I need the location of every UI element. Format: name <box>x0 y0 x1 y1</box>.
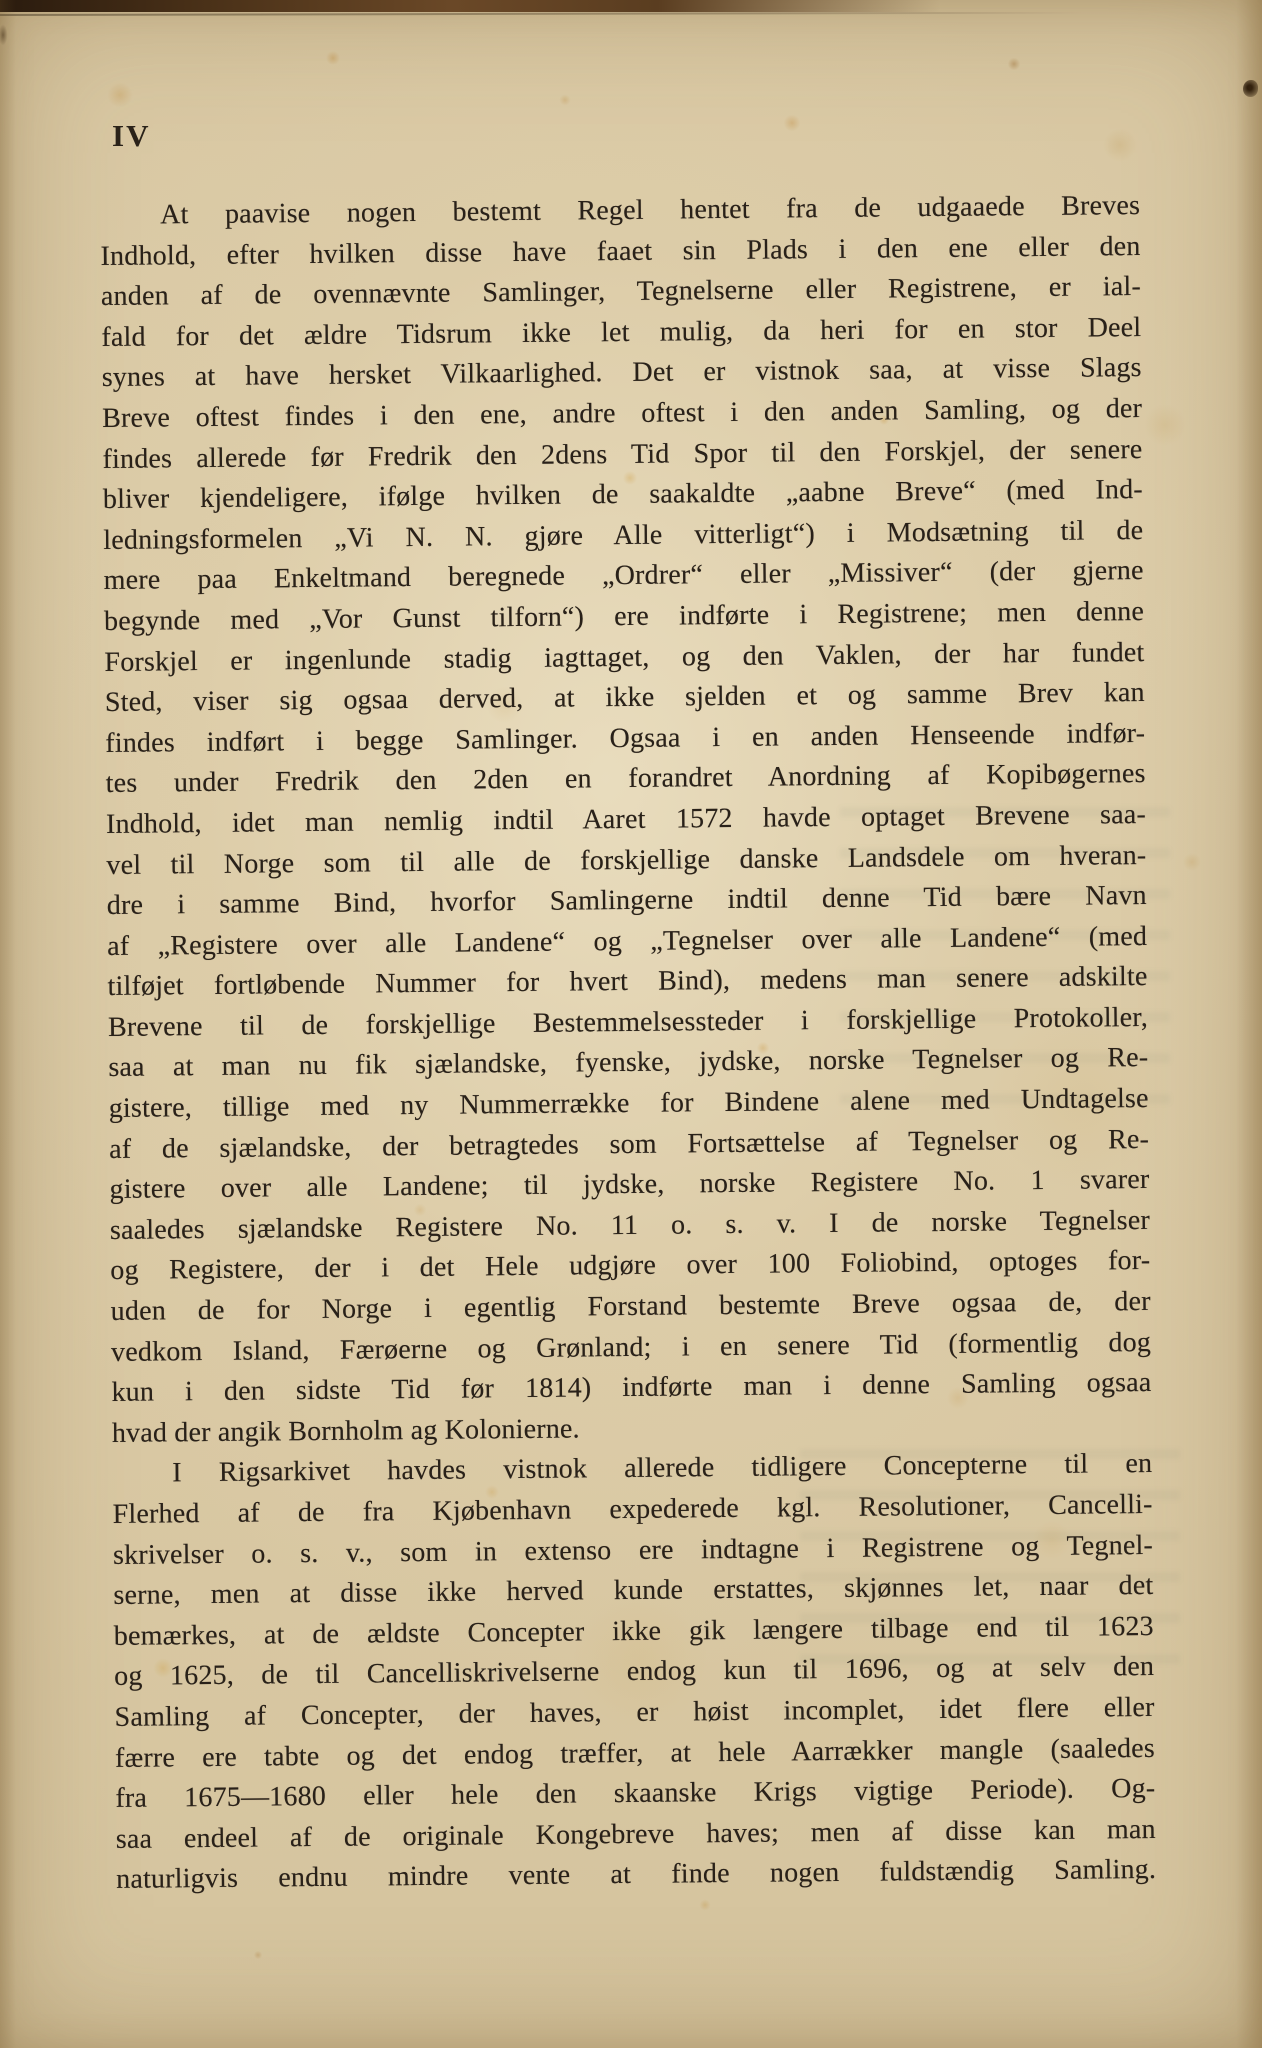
text-line: naturligvis endnu mindre vente at finde … <box>116 1850 1156 1901</box>
left-edge-shade <box>0 0 16 2048</box>
page-number: IV <box>112 118 150 154</box>
book-page-scan: IV At paavise nogen bestemt Regel hentet… <box>0 0 1262 2048</box>
binding-edge <box>0 0 940 12</box>
text-block: At paavise nogen bestemt Regel hentet fr… <box>100 186 1156 1901</box>
right-edge-shade <box>1236 0 1262 2048</box>
page-edge-line <box>0 12 1085 16</box>
